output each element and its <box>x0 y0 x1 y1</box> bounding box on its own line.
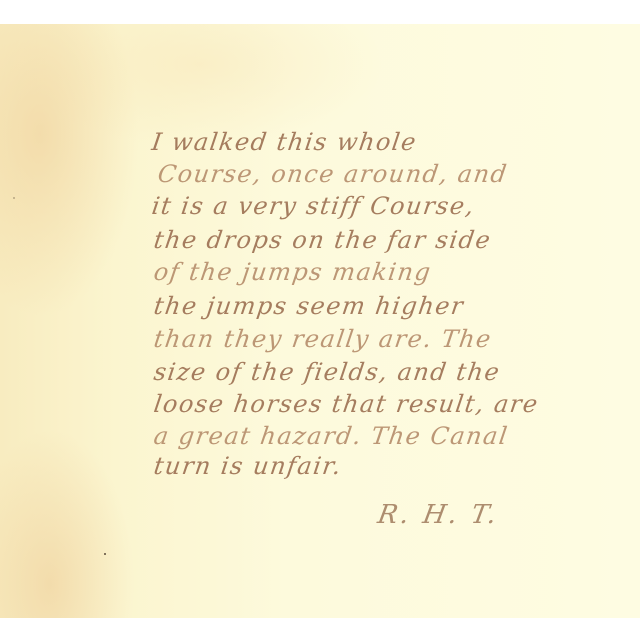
note-line-8: size of the fields, and the <box>152 358 502 386</box>
note-line-1: I walked this whole <box>150 128 419 156</box>
note-line-2: Course, once around, and <box>156 160 510 188</box>
note-line-9: loose horses that result, are <box>152 390 541 418</box>
note-line-4: the drops on the far side <box>152 226 493 254</box>
note-line-3: it is a very stiff Course, <box>150 192 477 220</box>
handwritten-note: I walked this whole Course, once around,… <box>0 0 640 640</box>
note-line-5: of the jumps making <box>152 258 433 286</box>
paper-speck <box>13 197 15 199</box>
paper-speck <box>104 553 106 555</box>
note-line-7: than they really are. The <box>152 325 494 353</box>
page: I walked this whole Course, once around,… <box>0 0 640 640</box>
note-line-6: the jumps seem higher <box>152 292 466 320</box>
note-line-11: turn is unfair. <box>152 452 344 480</box>
signature-initials: R. H. T. <box>375 500 501 530</box>
note-line-10: a great hazard. The Canal <box>152 422 510 450</box>
